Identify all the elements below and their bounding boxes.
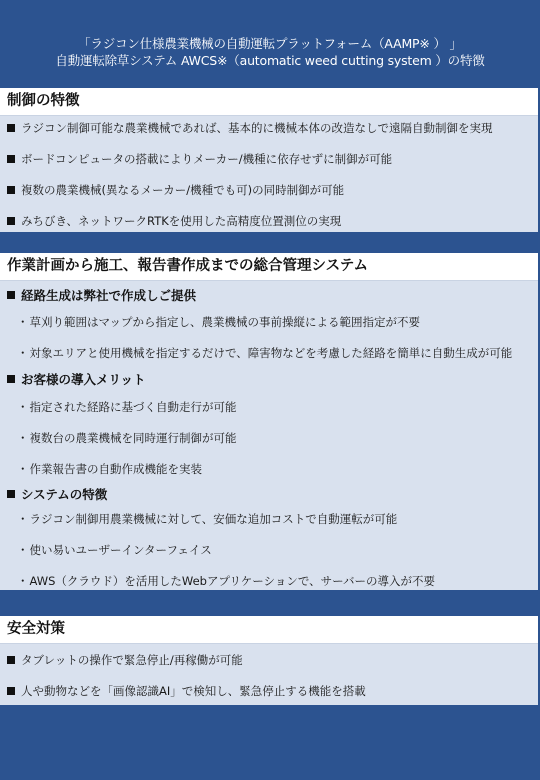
safety-item: 人や動物などを「画像認識AI」で検知し、緊急停止する機能を搭載 xyxy=(7,684,366,698)
bullet-item: ・使い易いユーザーインターフェイス xyxy=(17,543,212,557)
page-title-line-2: 自動運転除草システム AWCS※（automatic weed cutting … xyxy=(0,53,540,69)
page-title-banner: 「ラジコン仕様農業機械の自動運転プラットフォーム（AAMP※ ） 」 自動運転除… xyxy=(0,0,540,88)
bullet-item: ・指定された経路に基づく自動走行が可能 xyxy=(17,400,237,414)
dot-bullet-icon: ・ xyxy=(17,431,29,445)
dot-bullet-icon: ・ xyxy=(17,400,29,414)
section-safety-measures: 安全対策 タブレットの操作で緊急停止/再稼働が可能 人や動物などを「画像認識AI… xyxy=(0,616,538,705)
bullet-item: ・作業報告書の自動作成機能を実装 xyxy=(17,462,202,476)
bullet-item: ・複数台の農業機械を同時運行制御が可能 xyxy=(17,431,237,445)
subheading-route-generation: 経路生成は弊社で作成しご提供 xyxy=(7,288,196,303)
dot-bullet-icon: ・ xyxy=(17,512,29,526)
dot-bullet-icon: ・ xyxy=(17,346,29,360)
dot-bullet-icon: ・ xyxy=(17,574,29,588)
feature-item: ボードコンピュータの搭載によりメーカー/機種に依存せずに制御が可能 xyxy=(7,152,392,166)
section-heading: 安全対策 xyxy=(0,616,538,644)
bullet-item: ・AWS（クラウド）を活用したWebアプリケーションで、サーバーの導入が不要 xyxy=(17,574,435,588)
section-heading: 制御の特徴 xyxy=(0,88,538,116)
dot-bullet-icon: ・ xyxy=(17,315,29,329)
bullet-item: ・草刈り範囲はマップから指定し、農業機械の事前操縦による範囲指定が不要 xyxy=(17,315,420,329)
section-management-system: 作業計画から施工、報告書作成までの総合管理システム 経路生成は弊社で作成しご提供… xyxy=(0,253,538,590)
section-body: 経路生成は弊社で作成しご提供 ・草刈り範囲はマップから指定し、農業機械の事前操縦… xyxy=(0,281,538,590)
subheading-customer-benefits: お客様の導入メリット xyxy=(7,372,146,387)
feature-item: ラジコン制御可能な農業機械であれば、基本的に機械本体の改造なしで遠隔自動制御を実… xyxy=(7,121,493,135)
section-body: ラジコン制御可能な農業機械であれば、基本的に機械本体の改造なしで遠隔自動制御を実… xyxy=(0,116,538,232)
bullet-item: ・ラジコン制御用農業機械に対して、安価な追加コストで自動運転が可能 xyxy=(17,512,397,526)
section-control-features: 制御の特徴 ラジコン制御可能な農業機械であれば、基本的に機械本体の改造なしで遠隔… xyxy=(0,88,538,232)
page-title-line-1: 「ラジコン仕様農業機械の自動運転プラットフォーム（AAMP※ ） 」 xyxy=(0,36,540,52)
dot-bullet-icon: ・ xyxy=(17,462,29,476)
section-heading: 作業計画から施工、報告書作成までの総合管理システム xyxy=(0,253,538,281)
square-bullet-icon xyxy=(7,291,15,299)
square-bullet-icon xyxy=(7,656,15,664)
square-bullet-icon xyxy=(7,155,15,163)
safety-item: タブレットの操作で緊急停止/再稼働が可能 xyxy=(7,653,243,667)
section-body: タブレットの操作で緊急停止/再稼働が可能 人や動物などを「画像認識AI」で検知し… xyxy=(0,644,538,705)
square-bullet-icon xyxy=(7,687,15,695)
bullet-item: ・対象エリアと使用機械を指定するだけで、障害物などを考慮した経路を簡単に自動生成… xyxy=(17,346,512,360)
feature-item: みちびき、ネットワークRTKを使用した高精度位置測位の実現 xyxy=(7,214,341,228)
subheading-system-features: システムの特徴 xyxy=(7,487,107,502)
square-bullet-icon xyxy=(7,217,15,225)
square-bullet-icon xyxy=(7,375,15,383)
dot-bullet-icon: ・ xyxy=(17,543,29,557)
feature-item: 複数の農業機械(異なるメーカー/機種でも可)の同時制御が可能 xyxy=(7,183,344,197)
square-bullet-icon xyxy=(7,124,15,132)
square-bullet-icon xyxy=(7,490,15,498)
square-bullet-icon xyxy=(7,186,15,194)
